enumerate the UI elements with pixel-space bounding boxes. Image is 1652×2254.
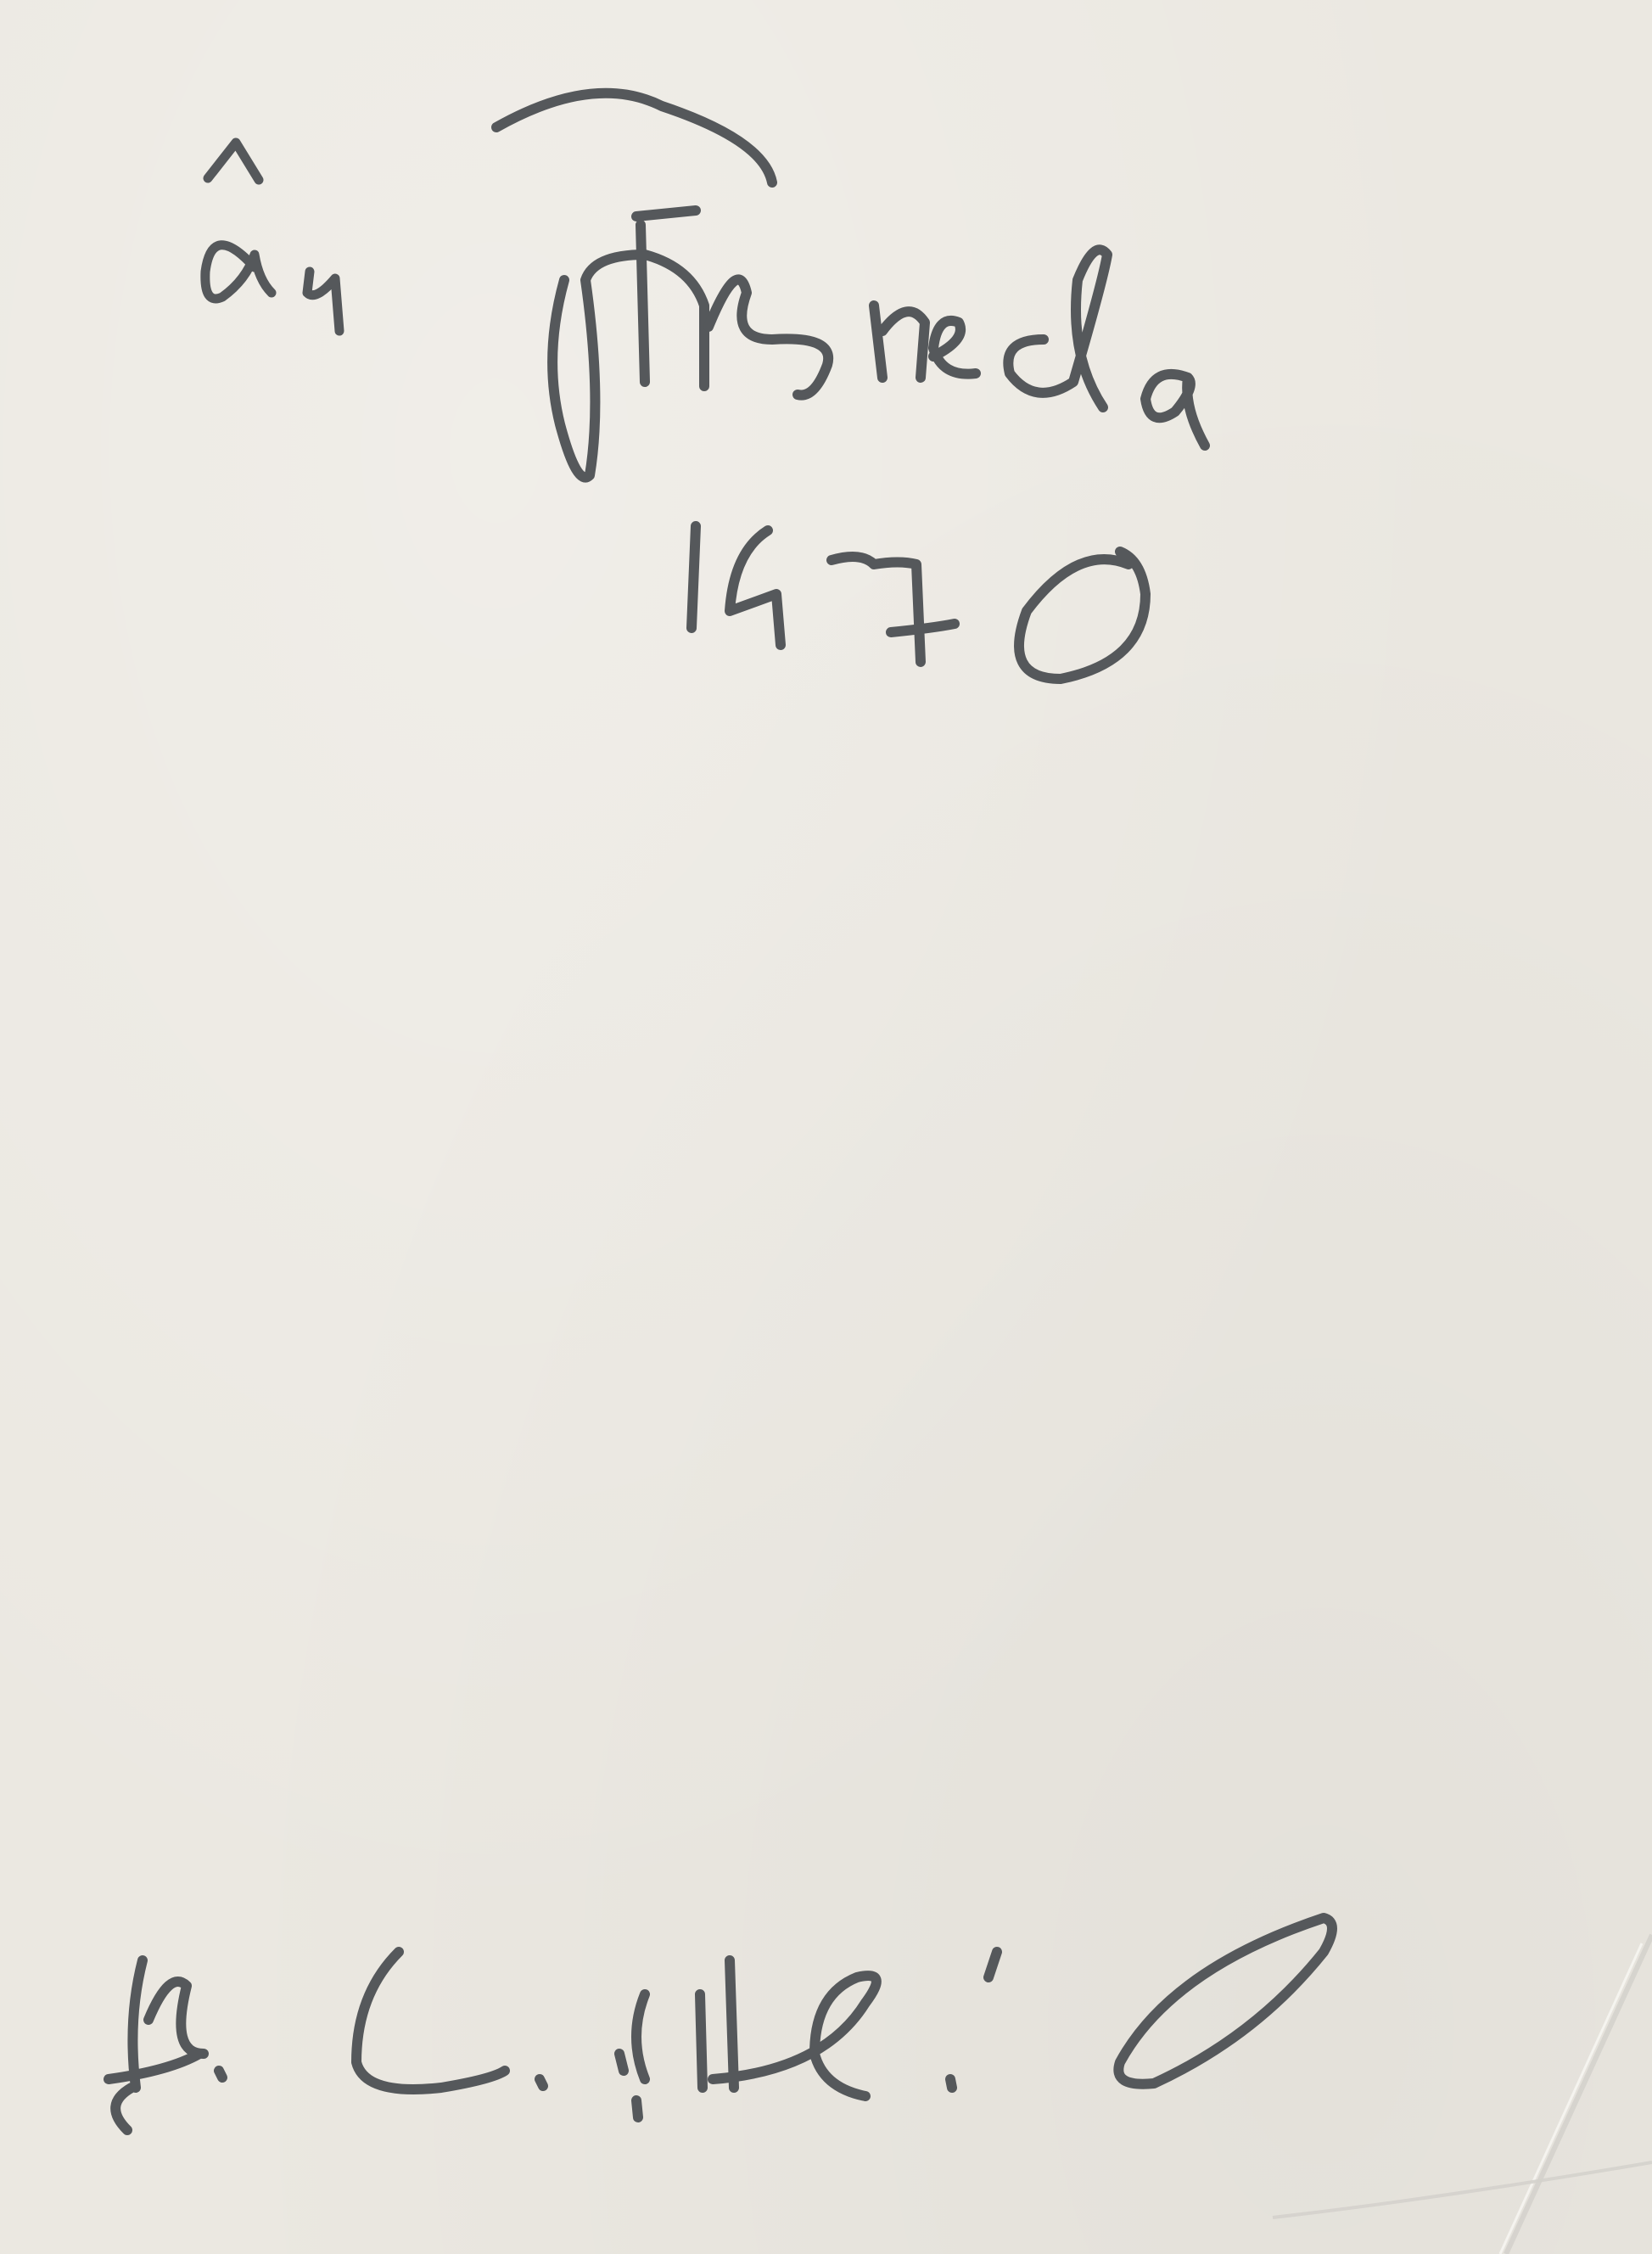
signature xyxy=(109,1918,1332,2130)
dedication-a xyxy=(205,143,339,331)
year-1970 xyxy=(692,526,1145,679)
plastic-film-lines xyxy=(1273,1935,1652,2254)
handwriting xyxy=(0,0,1652,2254)
dedication-fresneda xyxy=(496,93,1205,478)
paper-sheet: à Fresneda 1970 signature (illegible) xyxy=(0,0,1652,2254)
